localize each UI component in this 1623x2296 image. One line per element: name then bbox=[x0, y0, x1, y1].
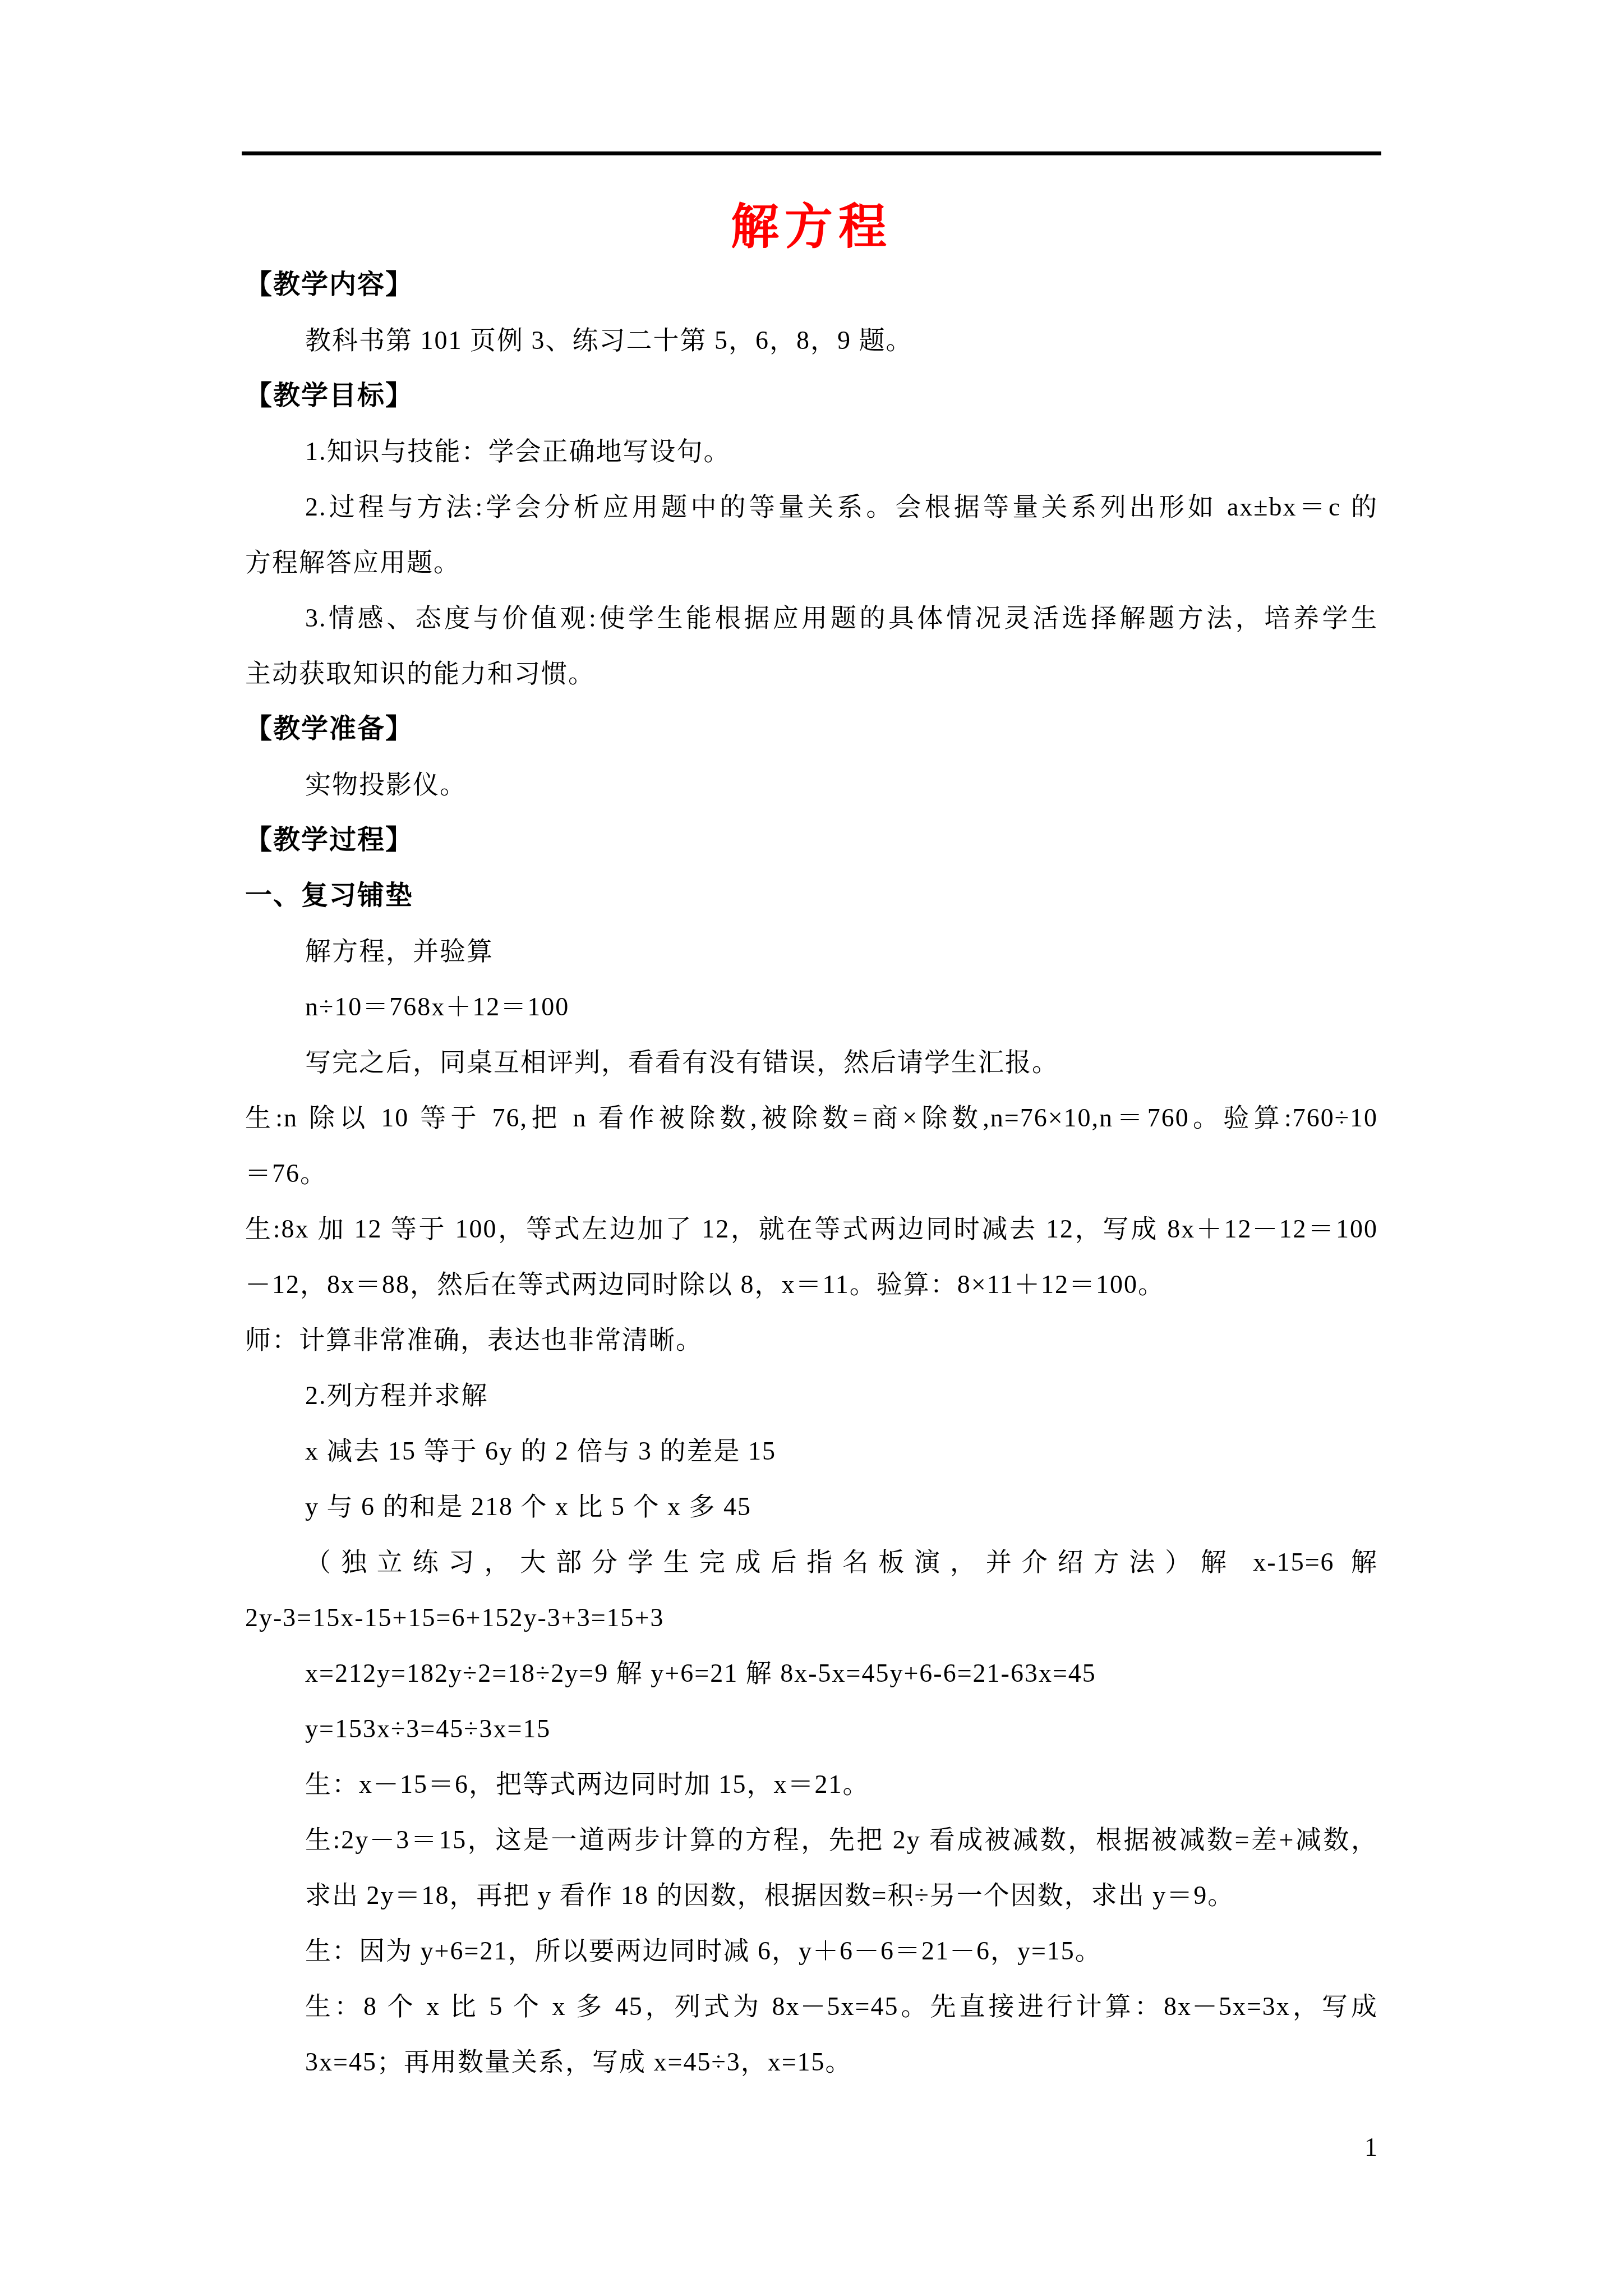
doc-line: 实物投影仪。 bbox=[245, 757, 1378, 812]
section-header-teaching-prep: 【教学准备】 bbox=[245, 701, 1378, 757]
doc-line-equation: x=212y=182y÷2=18÷2y=9 解 y+6=21 解 8x-5x=4… bbox=[245, 1645, 1378, 1701]
doc-line: x 减去 15 等于 6y 的 2 倍与 3 的差是 15 bbox=[245, 1423, 1378, 1479]
section-header-teaching-process: 【教学过程】 bbox=[245, 812, 1378, 868]
document-page: 解方程 【教学内容】 教科书第 101 页例 3、练习二十第 5，6，8，9 题… bbox=[0, 0, 1623, 2296]
page-number: 1 bbox=[1364, 2125, 1377, 2170]
doc-line: 方程解答应用题。 bbox=[245, 535, 1378, 590]
doc-line: 主动获取知识的能力和习惯。 bbox=[245, 646, 1378, 701]
doc-line: ＝76。 bbox=[245, 1145, 1378, 1201]
doc-line-student: 生:8x 加 12 等于 100，等式左边加了 12，就在等式两边同时减去 12… bbox=[245, 1201, 1378, 1257]
doc-line-student: 生:2y－3＝15，这是一道两步计算的方程，先把 2y 看成被减数，根据被减数=… bbox=[245, 1812, 1378, 1867]
doc-line-equation: y=153x÷3=45÷3x=15 bbox=[245, 1701, 1378, 1756]
doc-line: 解方程，并验算 bbox=[245, 923, 1378, 979]
doc-line: 教科书第 101 页例 3、练习二十第 5，6，8，9 题。 bbox=[245, 312, 1378, 368]
doc-line: 求出 2y＝18，再把 y 看作 18 的因数，根据因数=积÷另一个因数，求出 … bbox=[245, 1867, 1378, 1923]
doc-line: 2.列方程并求解 bbox=[245, 1368, 1378, 1423]
doc-line: 2.过程与方法:学会分析应用题中的等量关系。会根据等量关系列出形如 ax±bx＝… bbox=[245, 479, 1378, 535]
doc-line-student: 生：因为 y+6=21，所以要两边同时减 6，y＋6－6＝21－6，y=15。 bbox=[245, 1923, 1378, 1978]
doc-line-student: 生:n 除以 10 等于 76,把 n 看作被除数,被除数=商×除数,n=76×… bbox=[245, 1090, 1378, 1145]
doc-line-equation: 2y-3=15x-15+15=6+152y-3+3=15+3 bbox=[245, 1590, 1378, 1645]
doc-line: 3.情感、态度与价值观:使学生能根据应用题的具体情况灵活选择解题方法，培养学生 bbox=[245, 590, 1378, 646]
doc-line-student: 生：x－15＝6，把等式两边同时加 15，x＝21。 bbox=[245, 1756, 1378, 1812]
doc-line-equation: n÷10＝768x＋12＝100 bbox=[245, 979, 1378, 1034]
doc-line: －12，8x＝88，然后在等式两边同时除以 8，x＝11。验算：8×11＋12＝… bbox=[245, 1257, 1378, 1312]
section-header-teaching-goals: 【教学目标】 bbox=[245, 368, 1378, 424]
doc-line: 1.知识与技能：学会正确地写设句。 bbox=[245, 424, 1378, 479]
subsection-header-review: 一、复习铺垫 bbox=[245, 868, 1378, 923]
doc-line-teacher: 师：计算非常准确，表达也非常清晰。 bbox=[245, 1312, 1378, 1368]
doc-line: y 与 6 的和是 218 个 x 比 5 个 x 多 45 bbox=[245, 1479, 1378, 1534]
doc-line: 写完之后，同桌互相评判，看看有没有错误，然后请学生汇报。 bbox=[245, 1034, 1378, 1090]
doc-line-student: 生：8 个 x 比 5 个 x 多 45，列式为 8x－5x=45。先直接进行计… bbox=[245, 1978, 1378, 2034]
document-body: 【教学内容】 教科书第 101 页例 3、练习二十第 5，6，8，9 题。 【教… bbox=[245, 257, 1378, 2090]
doc-line: 3x=45；再用数量关系，写成 x=45÷3，x=15。 bbox=[245, 2034, 1378, 2090]
doc-line: （独立练习，大部分学生完成后指名板演，并介绍方法）解 x-15=6 解 bbox=[245, 1534, 1378, 1590]
section-header-teaching-content: 【教学内容】 bbox=[245, 257, 1378, 312]
header-rule-divider bbox=[242, 151, 1381, 155]
